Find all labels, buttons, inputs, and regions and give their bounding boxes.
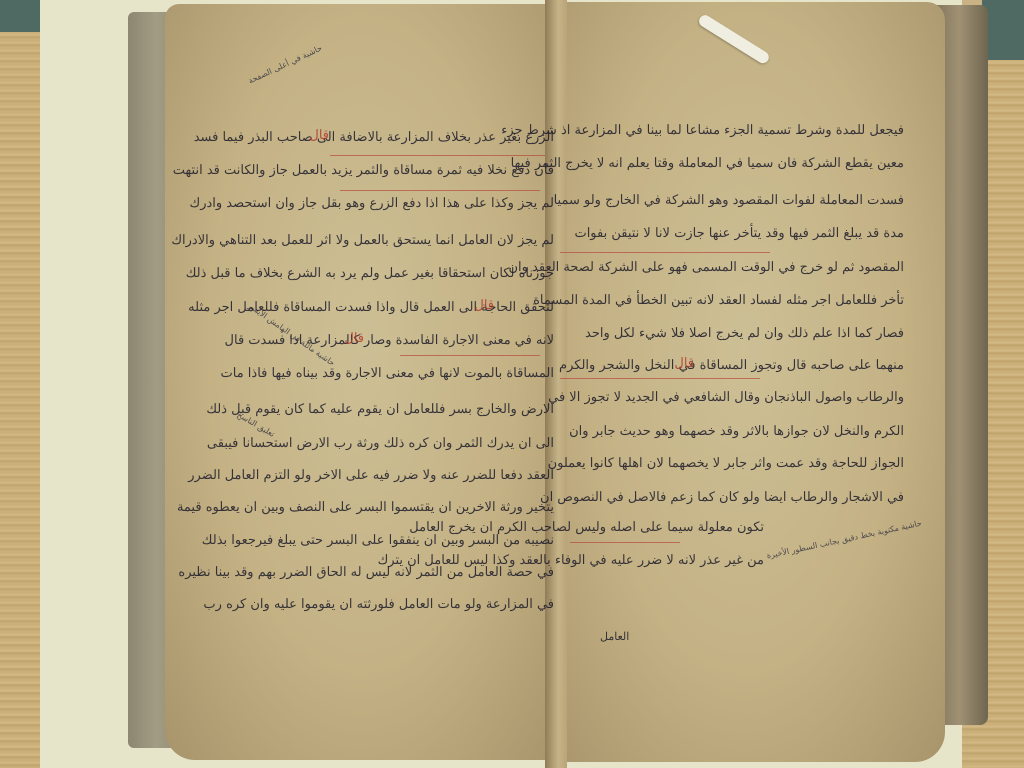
text-line: في المزارعة ولو مات العامل فلورثته ان يق… — [203, 597, 554, 612]
text-line: فان دفع نخلا فيه ثمرة مساقاة والثمر يزيد… — [173, 163, 554, 178]
slate-corner-top-right — [982, 0, 1024, 60]
text-line: تكون معلولة سيما على اصله وليس لصاحب الك… — [409, 520, 764, 535]
text-line: نصيبه من البسر وبين ان ينفقوا على البسر … — [202, 533, 554, 548]
manuscript-right-page — [545, 2, 945, 762]
text-line: يتخير ورثة الاخرين ان يقتسموا البسر على … — [177, 500, 554, 515]
text-line: لانه في معنى الاجارة الفاسدة وصار كالمزا… — [225, 333, 554, 348]
text-line: لم يجز لان العامل انما يستحق بالعمل ولا … — [171, 233, 554, 248]
catchword: العامل — [600, 630, 629, 643]
red-rule — [560, 378, 760, 379]
wood-table-left — [0, 0, 40, 768]
text-line: المقصود ثم لو خرج في الوقت المسمى فهو عل… — [508, 260, 904, 275]
rubric-mark: قال — [674, 356, 694, 371]
red-rule — [340, 190, 540, 191]
red-rule — [400, 355, 540, 356]
text-line: تأخر فللعامل اجر مثله لفساد العقد لانه ت… — [533, 293, 904, 308]
text-line: والرطاب واصول الباذنجان وقال الشافعي في … — [548, 390, 904, 405]
text-line: الارض والخارج بسر فللعامل ان يقوم عليه ك… — [206, 402, 554, 417]
rubric-mark: قال — [344, 331, 364, 346]
red-rule — [560, 252, 770, 253]
text-line: معين يقطع الشركة فان سميا في المعاملة وق… — [511, 156, 904, 171]
text-line: الجواز للحاجة وقد عمت واثر جابر لا يخصهم… — [548, 456, 904, 471]
text-line: فصار كما اذا علم ذلك وان لم يخرج اصلا فل… — [585, 326, 904, 341]
text-line: الزرع بغير عذر بخلاف المزارعة بالاضافة ا… — [194, 130, 554, 145]
text-line: لم يجز وكذا على هذا اذا دفع الزرع وهو بق… — [189, 196, 554, 211]
book-gutter — [545, 0, 567, 768]
slate-corner-top-left — [0, 0, 40, 32]
manuscript-left-page — [165, 4, 560, 760]
text-line: منهما على صاحبه قال وتجوز المساقاة في ال… — [559, 358, 904, 373]
text-line: من غير عذر لانه لا ضرر عليه في الوفاء با… — [378, 553, 764, 568]
text-line: جوزناه لكان استحقاقا بغير عمل ولم يرد به… — [186, 266, 554, 281]
rubric-mark: قال — [309, 128, 329, 143]
text-line: العقد دفعا للضرر عنه ولا ضرر فيه على الا… — [188, 468, 554, 483]
text-line: الكرم والنخل لان جوازها بالاثر وقد خصهما… — [569, 424, 904, 439]
text-line: مدة قد يبلغ الثمر فيها وقد يتأخر عنها جا… — [574, 226, 904, 241]
text-line: فسدت المعاملة لفوات المقصود وهو الشركة ف… — [554, 193, 904, 208]
text-line: في الاشجار والرطاب ايضا ولو كان كما زعم … — [540, 490, 904, 505]
text-line: لتحقق الحاجة الى العمل قال واذا فسدت الم… — [188, 300, 554, 315]
red-rule — [570, 542, 680, 543]
text-line: فيجعل للمدة وشرط تسمية الجزء مشاعا لما ب… — [501, 123, 904, 138]
rubric-mark: قال — [474, 298, 494, 313]
text-line: الى ان يدرك الثمر وان كره ذلك ورثة رب ال… — [207, 436, 554, 451]
text-line: المساقاة بالموت لانها في معنى الاجارة وق… — [221, 366, 555, 381]
